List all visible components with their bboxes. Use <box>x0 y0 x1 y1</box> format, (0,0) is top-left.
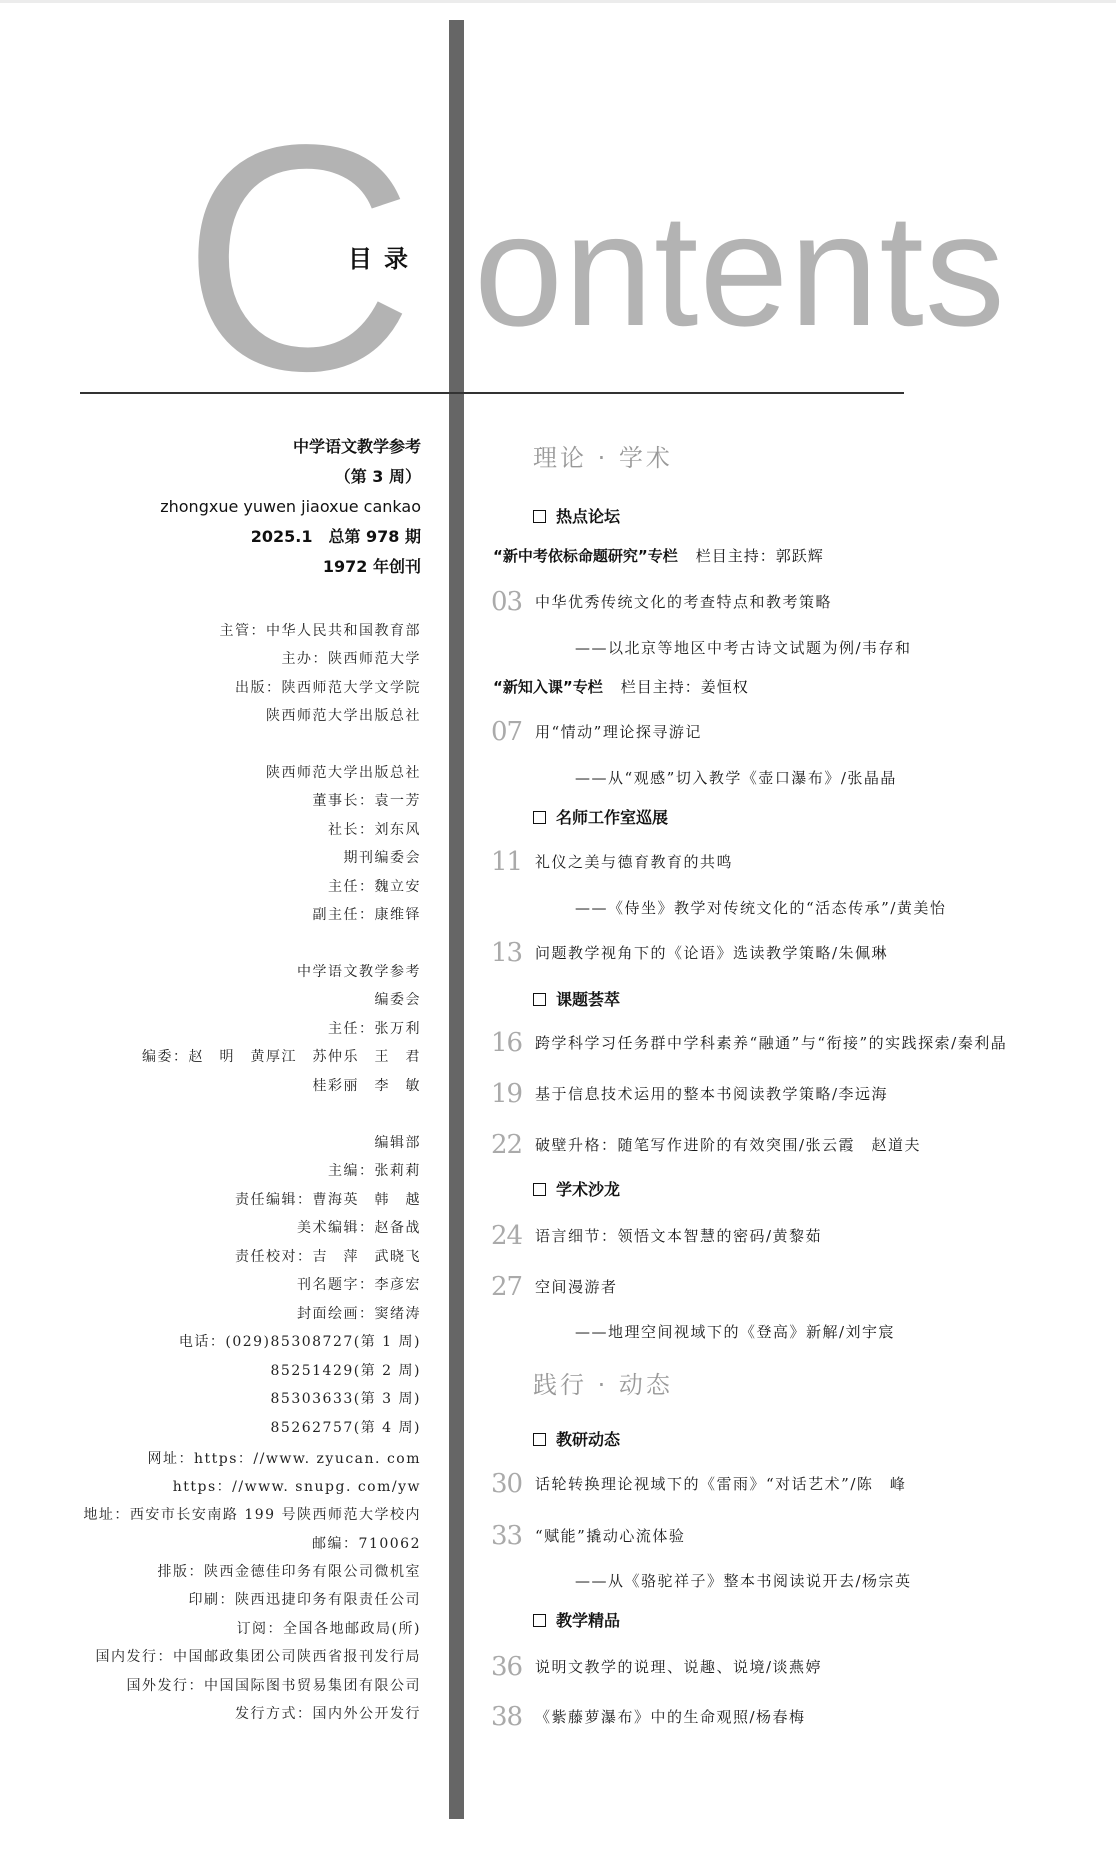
entry-subtitle: ——从“观感”切入教学《壶口瀑布》/张晶晶 <box>575 766 897 790</box>
entry-title: “赋能”撬动心流体验 <box>535 1527 685 1545</box>
special-column-host: 栏目主持：郭跃辉 <box>696 547 824 565</box>
info-line: 副主任：康维铎 <box>313 904 422 926</box>
column-heading: 课题荟萃 <box>533 988 620 1012</box>
entry-title: 跨学科学习任务群中学科素养“融通”与“衔接”的实践探索/秦利晶 <box>535 1034 1007 1052</box>
contents-word: ontents <box>474 170 1006 370</box>
toc-entry[interactable]: 24语言细节：领悟文本智慧的密码/黄黎茹 <box>491 1224 822 1248</box>
column-heading: 教学精品 <box>533 1609 620 1633</box>
page-number: 22 <box>491 1133 535 1157</box>
page-number: 36 <box>491 1655 535 1679</box>
info-line: 中学语文教学参考 <box>297 961 421 983</box>
entry-title: 礼仪之美与德育教育的共鸣 <box>535 853 733 871</box>
info-line: 邮编：710062 <box>312 1533 421 1555</box>
vertical-divider-bar <box>449 20 464 1819</box>
toc-entry[interactable]: 27空间漫游者 <box>491 1275 618 1299</box>
page-number: 27 <box>491 1275 535 1299</box>
page-number: 13 <box>491 941 535 965</box>
column-heading-label: 热点论坛 <box>556 507 620 526</box>
entry-subtitle: ——地理空间视域下的《登高》新解/刘宇宸 <box>575 1320 895 1344</box>
toc-entry[interactable]: 13问题教学视角下的《论语》选读教学策略/朱佩琳 <box>491 941 888 965</box>
info-line: 编委：赵 明 黄厚江 苏仲乐 王 君 <box>142 1046 421 1068</box>
info-line: 编委会 <box>375 989 422 1011</box>
special-column-host: 栏目主持：姜恒权 <box>621 678 749 696</box>
journal-name: 中学语文教学参考 <box>293 436 421 458</box>
toc-entry[interactable]: 03中华优秀传统文化的考查特点和教考策略 <box>491 590 832 614</box>
info-line: 社长：刘东风 <box>328 819 421 841</box>
info-line: 排版：陕西金德佳印务有限公司微机室 <box>158 1561 422 1583</box>
info-line: 发行方式：国内外公开发行 <box>235 1703 421 1725</box>
page-number: 16 <box>491 1031 535 1055</box>
checkbox-square-icon <box>533 1183 546 1196</box>
entry-title: 话轮转换理论视域下的《雷雨》“对话艺术”/陈 峰 <box>535 1475 906 1493</box>
section-heading: 理论 · 学术 <box>533 442 673 474</box>
page-number: 03 <box>491 590 535 614</box>
toc-entry[interactable]: 11礼仪之美与德育教育的共鸣 <box>491 850 733 874</box>
toc-entry[interactable]: 38《紫藤萝瀑布》中的生命观照/杨春梅 <box>491 1705 806 1729</box>
toc-entry[interactable]: 36说明文教学的说理、说趣、说境/谈燕婷 <box>491 1655 822 1679</box>
journal-week: （第 3 周） <box>335 466 421 488</box>
info-line: 董事长：袁一芳 <box>313 790 422 812</box>
entry-subtitle: ——以北京等地区中考古诗文试题为例/韦存和 <box>575 636 912 660</box>
info-line: 美术编辑：赵备战 <box>297 1217 421 1239</box>
entry-title: 问题教学视角下的《论语》选读教学策略/朱佩琳 <box>535 944 888 962</box>
page-number: 38 <box>491 1705 535 1729</box>
info-line: 陕西师范大学出版总社 <box>266 705 421 727</box>
info-line: 主编：张莉莉 <box>328 1160 421 1182</box>
column-heading: 名师工作室巡展 <box>533 806 668 830</box>
info-line: 封面绘画：窦绪涛 <box>297 1303 421 1325</box>
entry-title: 中华优秀传统文化的考查特点和教考策略 <box>535 593 832 611</box>
column-heading-label: 教研动态 <box>556 1430 620 1449</box>
info-line: 责任编辑：曹海英 韩 越 <box>235 1189 421 1211</box>
entry-title: 用“情动”理论探寻游记 <box>535 723 702 741</box>
page-number: 07 <box>491 720 535 744</box>
info-line: 编辑部 <box>375 1132 422 1154</box>
info-line: 主任：魏立安 <box>328 876 421 898</box>
website-link[interactable]: 网址：https：//www. zyucan. com <box>148 1448 422 1470</box>
info-line: 85251429(第 2 周) <box>271 1360 422 1382</box>
toc-entry[interactable]: 07用“情动”理论探寻游记 <box>491 720 702 744</box>
special-column: “新知入课”专栏栏目主持：姜恒权 <box>493 675 749 699</box>
toc-entry[interactable]: 16跨学科学习任务群中学科素养“融通”与“衔接”的实践探索/秦利晶 <box>491 1031 1007 1055</box>
info-line: 责任校对：吉 萍 武晓飞 <box>235 1246 421 1268</box>
info-line: 订阅：全国各地邮政局(所) <box>237 1618 421 1640</box>
special-column: “新中考依标命题研究”专栏栏目主持：郭跃辉 <box>493 544 824 568</box>
checkbox-square-icon <box>533 510 546 523</box>
checkbox-square-icon <box>533 1614 546 1627</box>
info-line: 主管：中华人民共和国教育部 <box>220 620 422 642</box>
special-column-name: “新中考依标命题研究”专栏 <box>493 547 678 565</box>
info-line: 85262757(第 4 周) <box>271 1417 422 1439</box>
info-line: 出版：陕西师范大学文学院 <box>235 677 421 699</box>
checkbox-square-icon <box>533 1433 546 1446</box>
info-line: 国内发行：中国邮政集团公司陕西省报刊发行局 <box>96 1646 422 1668</box>
website-link[interactable]: https：//www. snupg. com/yw <box>173 1476 421 1498</box>
info-line: 陕西师范大学出版总社 <box>266 762 421 784</box>
info-line: 85303633(第 3 周) <box>271 1388 422 1410</box>
info-line: 桂彩丽 李 敏 <box>313 1075 422 1097</box>
special-column-name: “新知入课”专栏 <box>493 678 603 696</box>
toc-entry[interactable]: 22破壁升格：随笔写作进阶的有效突围/张云霞 赵道夫 <box>491 1133 921 1157</box>
toc-entry[interactable]: 19基于信息技术运用的整本书阅读教学策略/李远海 <box>491 1082 888 1106</box>
journal-pinyin: zhongxue yuwen jiaoxue cankao <box>160 496 421 518</box>
column-heading: 学术沙龙 <box>533 1178 620 1202</box>
entry-title: 说明文教学的说理、说趣、说境/谈燕婷 <box>535 1658 822 1676</box>
info-line: 地址：西安市长安南路 199 号陕西师范大学校内 <box>83 1504 421 1526</box>
page-number: 33 <box>491 1524 535 1548</box>
info-line: 印刷：陕西迅捷印务有限责任公司 <box>189 1589 422 1611</box>
toc-entry[interactable]: 33“赋能”撬动心流体验 <box>491 1524 685 1548</box>
column-heading: 热点论坛 <box>533 505 620 529</box>
column-heading-label: 课题荟萃 <box>556 990 620 1009</box>
info-line: 刊名题字：李彦宏 <box>297 1274 421 1296</box>
info-line: 期刊编委会 <box>344 847 422 869</box>
entry-title: 《紫藤萝瀑布》中的生命观照/杨春梅 <box>535 1708 806 1726</box>
checkbox-square-icon <box>533 811 546 824</box>
page-number: 11 <box>491 850 535 874</box>
checkbox-square-icon <box>533 993 546 1006</box>
entry-title: 语言细节：领悟文本智慧的密码/黄黎茹 <box>535 1227 822 1245</box>
info-line: 电话：(029)85308727(第 1 周) <box>179 1331 421 1353</box>
section-heading: 践行 · 动态 <box>533 1369 673 1401</box>
page-top-edge <box>0 0 1116 3</box>
entry-title: 空间漫游者 <box>535 1278 618 1296</box>
publisher-info: 主管：中华人民共和国教育部 主办：陕西师范大学 出版：陕西师范大学文学院 陕西师… <box>411 0 421 779</box>
entry-subtitle: ——从《骆驼祥子》整本书阅读说开去/杨宗英 <box>575 1569 912 1593</box>
issue-number: 2025.1 总第 978 期 <box>251 526 421 548</box>
column-heading-label: 名师工作室巡展 <box>556 808 668 827</box>
page-number: 24 <box>491 1224 535 1248</box>
entry-subtitle: ——《侍坐》教学对传统文化的“活态传承”/黄美怡 <box>575 896 946 920</box>
contents-cn-title: 目录 <box>348 244 420 274</box>
info-line: 主办：陕西师范大学 <box>282 648 422 670</box>
column-heading: 教研动态 <box>533 1428 620 1452</box>
founded-year: 1972 年创刊 <box>323 556 421 578</box>
info-line: 主任：张万利 <box>328 1018 421 1040</box>
entry-title: 基于信息技术运用的整本书阅读教学策略/李远海 <box>535 1085 888 1103</box>
page-number: 30 <box>491 1472 535 1496</box>
toc-entry[interactable]: 30话轮转换理论视域下的《雷雨》“对话艺术”/陈 峰 <box>491 1472 906 1496</box>
page-number: 19 <box>491 1082 535 1106</box>
info-line: 国外发行：中国国际图书贸易集团有限公司 <box>127 1675 422 1697</box>
column-heading-label: 学术沙龙 <box>556 1180 620 1199</box>
header-rule <box>80 392 904 394</box>
entry-title: 破壁升格：随笔写作进阶的有效突围/张云霞 赵道夫 <box>535 1136 921 1154</box>
column-heading-label: 教学精品 <box>556 1611 620 1630</box>
